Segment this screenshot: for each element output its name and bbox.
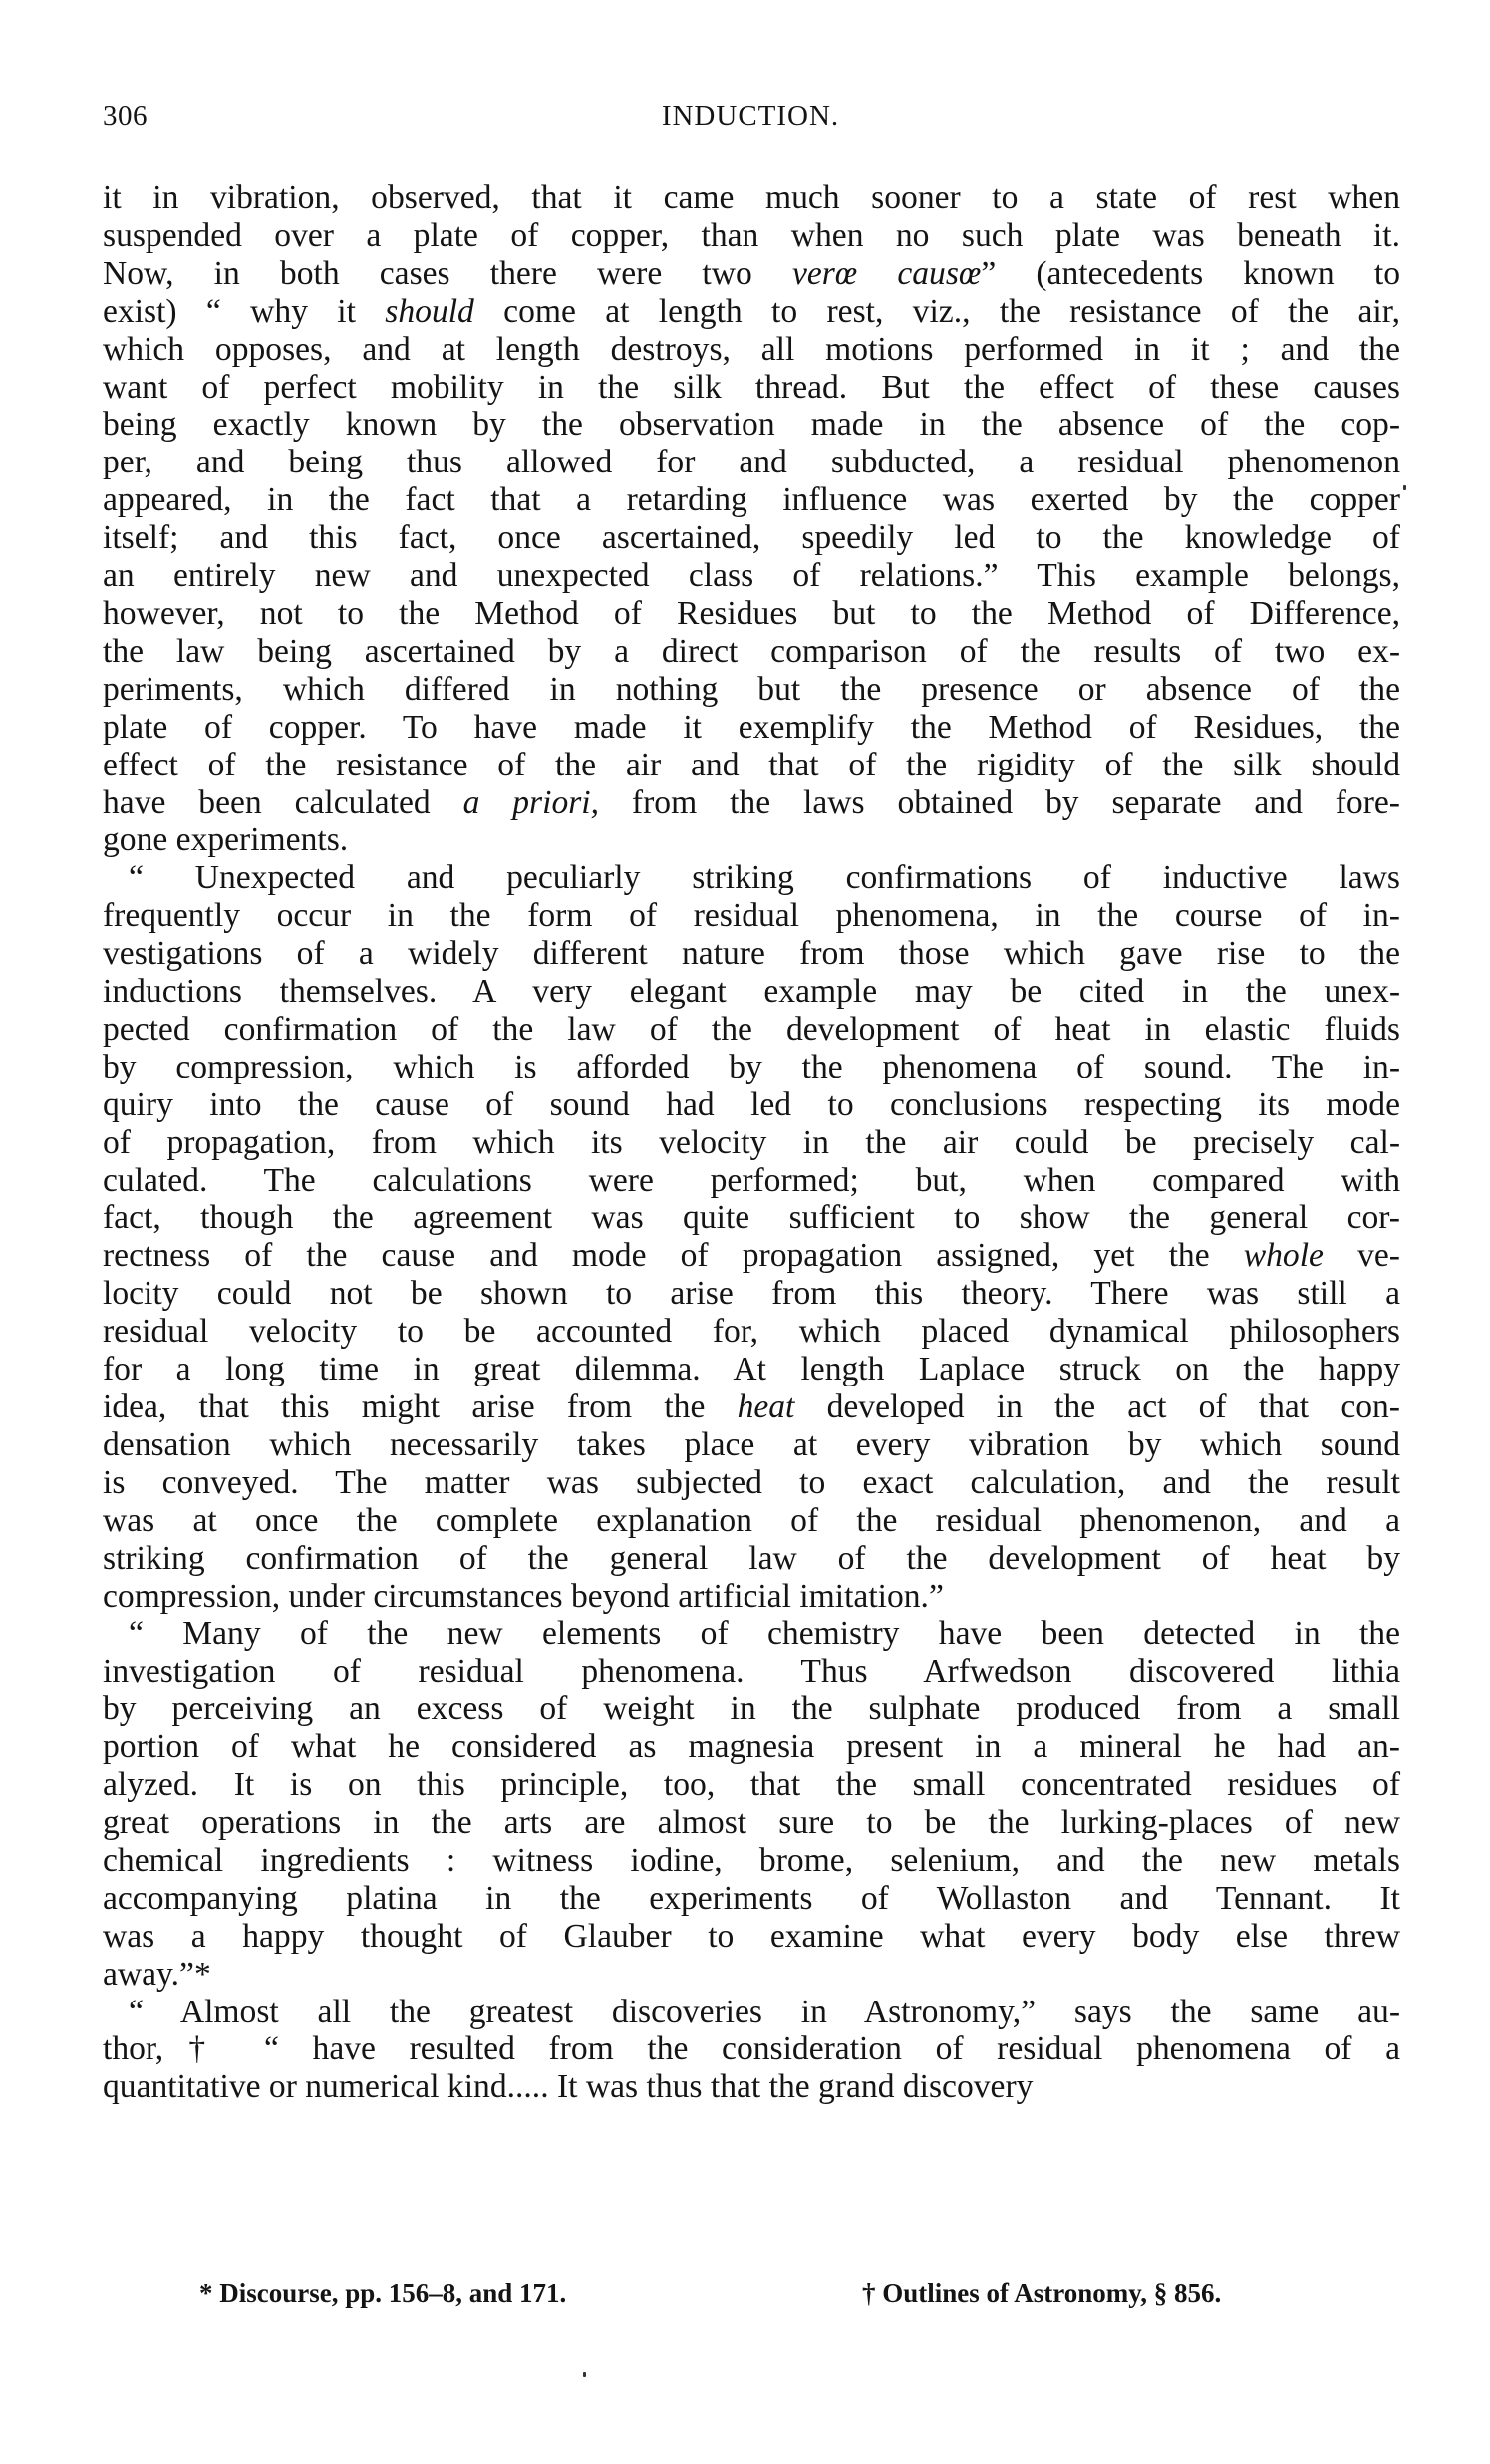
text-line: striking confirmation of the general law… [103,1540,1400,1578]
text-line: residual velocity to be accounted for, w… [103,1313,1400,1351]
text-line: thor,† “ have resulted from the consider… [103,2030,1400,2068]
text-line: was at once the complete explanation of … [103,1502,1400,1540]
text-line: however, not to the Method of Residues b… [103,595,1400,633]
text-line: is conveyed. The matter was subjected to… [103,1464,1400,1502]
paragraph: “ Almost all the greatest discoveries in… [103,1994,1400,2107]
text-line: appeared, in the fact that a retarding i… [103,481,1400,519]
text-line: was a happy thought of Glauber to examin… [103,1918,1400,1956]
body-text: it in vibration, observed, that it came … [103,179,1400,2106]
text-line: compression, under circumstances beyond … [103,1578,1400,1616]
text-line: investigation of residual phenomena. Thu… [103,1653,1400,1691]
text-line: fact, though the agreement was quite suf… [103,1199,1400,1237]
text-line: plate of copper. To have made it exempli… [103,709,1400,747]
text-line: locity could not be shown to arise from … [103,1275,1400,1313]
text-line: “ Almost all the greatest discoveries in… [103,1994,1400,2031]
text-line: idea, that this might arise from the hea… [103,1388,1400,1426]
text-line: culated. The calculations were performed… [103,1162,1400,1200]
text-line: densation which necessarily takes place … [103,1426,1400,1464]
text-line: pected confirmation of the law of the de… [103,1011,1400,1049]
footnote-outlines-of-astronomy: † Outlines of Astronomy, § 856. [862,2278,1221,2309]
text-line: of propagation, from which its velocity … [103,1124,1400,1162]
text-line: vestigations of a widely different natur… [103,935,1400,973]
running-head: 306 INDUCTION. [103,100,1398,140]
text-line: being exactly known by the observation m… [103,406,1400,444]
footnote-discourse: * Discourse, pp. 156–8, and 171. [199,2278,566,2309]
text-line: chemical ingredients : witness iodine, b… [103,1842,1400,1880]
text-line: suspended over a plate of copper, than w… [103,217,1400,255]
text-line: by perceiving an excess of weight in the… [103,1691,1400,1728]
text-line: for a long time in great dilemma. At len… [103,1351,1400,1388]
text-line: which opposes, and at length destroys, a… [103,331,1400,369]
text-line: the law being ascertained by a direct co… [103,633,1400,671]
text-line: an entirely new and unexpected class of … [103,557,1400,595]
text-line: it in vibration, observed, that it came … [103,179,1400,217]
footnotes: * Discourse, pp. 156–8, and 171. † Outli… [199,2278,1316,2317]
text-line: great operations in the arts are almost … [103,1804,1400,1842]
text-line: have been calculated a priori, from the … [103,784,1400,822]
text-line: by compression, which is afforded by the… [103,1049,1400,1086]
text-line: “ Many of the new elements of chemistry … [103,1615,1400,1653]
text-line: frequently occur in the form of residual… [103,897,1400,935]
text-line: “ Unexpected and peculiarly striking con… [103,859,1400,897]
paragraph: “ Many of the new elements of chemistry … [103,1615,1400,1993]
text-line: quiry into the cause of sound had led to… [103,1086,1400,1124]
running-title: INDUCTION. [103,100,1398,133]
text-line: alyzed. It is on this principle, too, th… [103,1766,1400,1804]
print-speck [1403,485,1406,490]
text-line: away.”* [103,1956,1400,1994]
text-line: quantitative or numerical kind..... It w… [103,2068,1400,2106]
paragraph: “ Unexpected and peculiarly striking con… [103,859,1400,1615]
text-line: per, and being thus allowed for and subd… [103,444,1400,481]
text-line: inductions themselves. A very elegant ex… [103,973,1400,1011]
book-page: 306 INDUCTION. it in vibration, observed… [0,0,1490,2464]
text-line: exist) “ why it should come at length to… [103,293,1400,331]
text-line: gone experiments. [103,821,1400,859]
print-speck [583,2372,586,2377]
text-line: rectness of the cause and mode of propag… [103,1237,1400,1275]
text-line: effect of the resistance of the air and … [103,747,1400,784]
text-line: itself; and this fact, once ascertained,… [103,519,1400,557]
text-line: Now, in both cases there were two verœ c… [103,255,1400,293]
paragraph: it in vibration, observed, that it came … [103,179,1400,859]
text-line: periments, which differed in nothing but… [103,671,1400,709]
text-line: portion of what he considered as magnesi… [103,1728,1400,1766]
text-line: accompanying platina in the experiments … [103,1880,1400,1918]
text-line: want of perfect mobility in the silk thr… [103,369,1400,407]
